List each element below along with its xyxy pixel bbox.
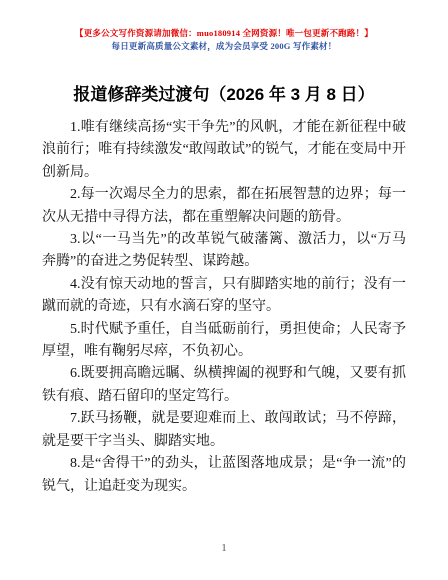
paragraph-1: 1.唯有继续高扬“实干争先”的风帆，才能在新征程中破浪前行；唯有持续激发“敢闯敢… xyxy=(42,117,406,184)
paragraph-3: 3.以“一马当先”的改革锐气破藩篱、激活力，以“万马奔腾”的奋进之势促转型、谋跨… xyxy=(42,229,406,274)
paragraph-6: 6.既要拥高瞻远瞩、纵横捭阖的视野和气魄，又要有抓铁有痕、踏石留印的坚定笃行。 xyxy=(42,363,406,408)
paragraph-5: 5.时代赋予重任，自当砥砺前行，勇担使命；人民寄予厚望，唯有鞠躬尽瘁，不负初心。 xyxy=(42,319,406,364)
paragraph-2: 2.每一次竭尽全力的思索，都在拓展智慧的边界；每一次从无措中寻得方法，都在重塑解… xyxy=(42,184,406,229)
paragraph-8: 8.是“舍得干”的劲头，让蓝图落地成景；是“争一流”的锐气，让追赶变为现实。 xyxy=(42,453,406,498)
ad-header-line2: 每日更新高质量公文素材，成为会员享受 200G 写作素材！ xyxy=(0,40,448,53)
page-number: 1 xyxy=(0,542,448,554)
paragraph-4: 4.没有惊天动地的誓言，只有脚踏实地的前行；没有一蹴而就的奇迹，只有水滴石穿的坚… xyxy=(42,274,406,319)
paragraph-7: 7.跃马扬鞭，就是要迎难而上、敢闯敢试；马不停蹄，就是要干字当头、脚踏实地。 xyxy=(42,408,406,453)
document-title: 报道修辞类过渡句（2026 年 3 月 8 日） xyxy=(0,84,448,106)
ad-header: 【更多公文写作资源请加微信：muo180914 全网资源！唯一包更新不跑路！】 … xyxy=(0,0,448,53)
ad-header-line1: 【更多公文写作资源请加微信：muo180914 全网资源！唯一包更新不跑路！】 xyxy=(0,27,448,40)
document-body: 1.唯有继续高扬“实干争先”的风帆，才能在新征程中破浪前行；唯有持续激发“敢闯敢… xyxy=(0,117,448,498)
document-page: 【更多公文写作资源请加微信：muo180914 全网资源！唯一包更新不跑路！】 … xyxy=(0,0,448,580)
